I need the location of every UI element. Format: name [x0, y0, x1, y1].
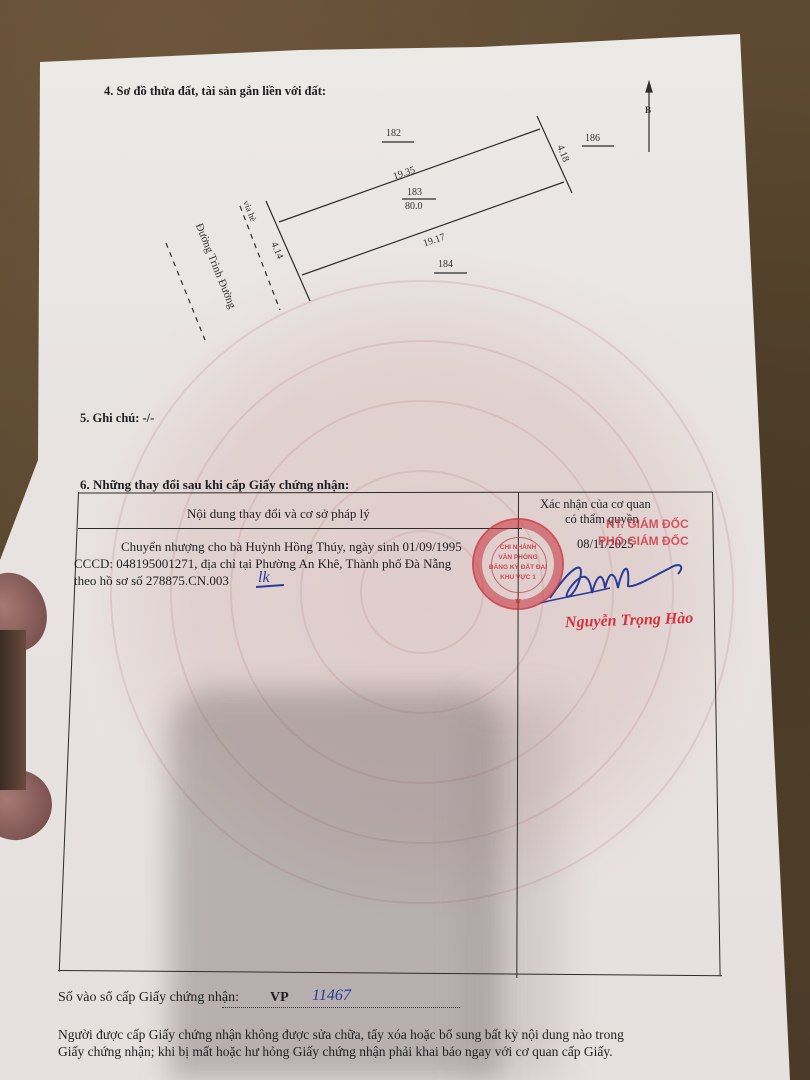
change-content-line1: Chuyển nhượng cho bà Huỳnh Hồng Thúy, ng…	[121, 539, 462, 555]
table-header-content: Nội dung thay đổi và cơ sở pháp lý	[187, 506, 370, 522]
stamp-star-icon: ★	[474, 596, 562, 605]
register-dotted-line	[222, 1007, 460, 1008]
register-prefix: VP	[270, 990, 289, 1006]
section5-notes: 5. Ghi chú: -/-	[80, 411, 154, 426]
stamp-inner-text: ĐĂNG KÝ ĐẤT ĐAI	[474, 564, 562, 571]
official-red-stamp: CHI NHÁNH VĂN PHÒNG ĐĂNG KÝ ĐẤT ĐAI KHU …	[472, 518, 564, 610]
hand-shadow	[470, 700, 560, 1080]
register-number: 11467	[312, 987, 351, 1005]
neighbor-parcel-north: 182	[386, 128, 401, 139]
stamp-inner-text: KHU VỰC 1	[474, 574, 562, 581]
stamp-title-line1: KT. GIÁM ĐỐC	[606, 517, 689, 531]
parcel-id: 183	[407, 187, 422, 198]
stamp-title-line2: PHÓ GIÁM ĐỐC	[598, 534, 689, 548]
land-certificate-page: 4. Sơ đồ thửa đất, tài sản gắn liền với …	[0, 0, 810, 1080]
table-header-divider	[78, 528, 522, 529]
parcel-area: 80.0	[405, 201, 423, 212]
footer-note-line2: Giấy chứng nhận; khi bị mất hoặc hư hỏng…	[58, 1044, 613, 1060]
change-content-line3: theo hồ sơ số 278875.CN.003	[74, 573, 229, 589]
section6-heading: 6. Những thay đổi sau khi cấp Giấy chứng…	[80, 477, 349, 493]
stamp-inner-text: CHI NHÁNH	[474, 544, 562, 551]
footer-note-line1: Người được cấp Giấy chứng nhận không đượ…	[58, 1027, 624, 1043]
neighbor-parcel-south: 184	[438, 259, 453, 270]
stamp-inner-text: VĂN PHÒNG	[474, 554, 562, 561]
neighbor-parcel-east: 186	[585, 133, 600, 144]
hand	[0, 630, 26, 790]
register-label: Số vào sổ cấp Giấy chứng nhận:	[58, 990, 239, 1006]
table-header-confirmation-line1: Xác nhận của cơ quan	[540, 497, 651, 512]
hand-shadow	[170, 690, 500, 1080]
north-arrow-label: B	[645, 105, 651, 115]
